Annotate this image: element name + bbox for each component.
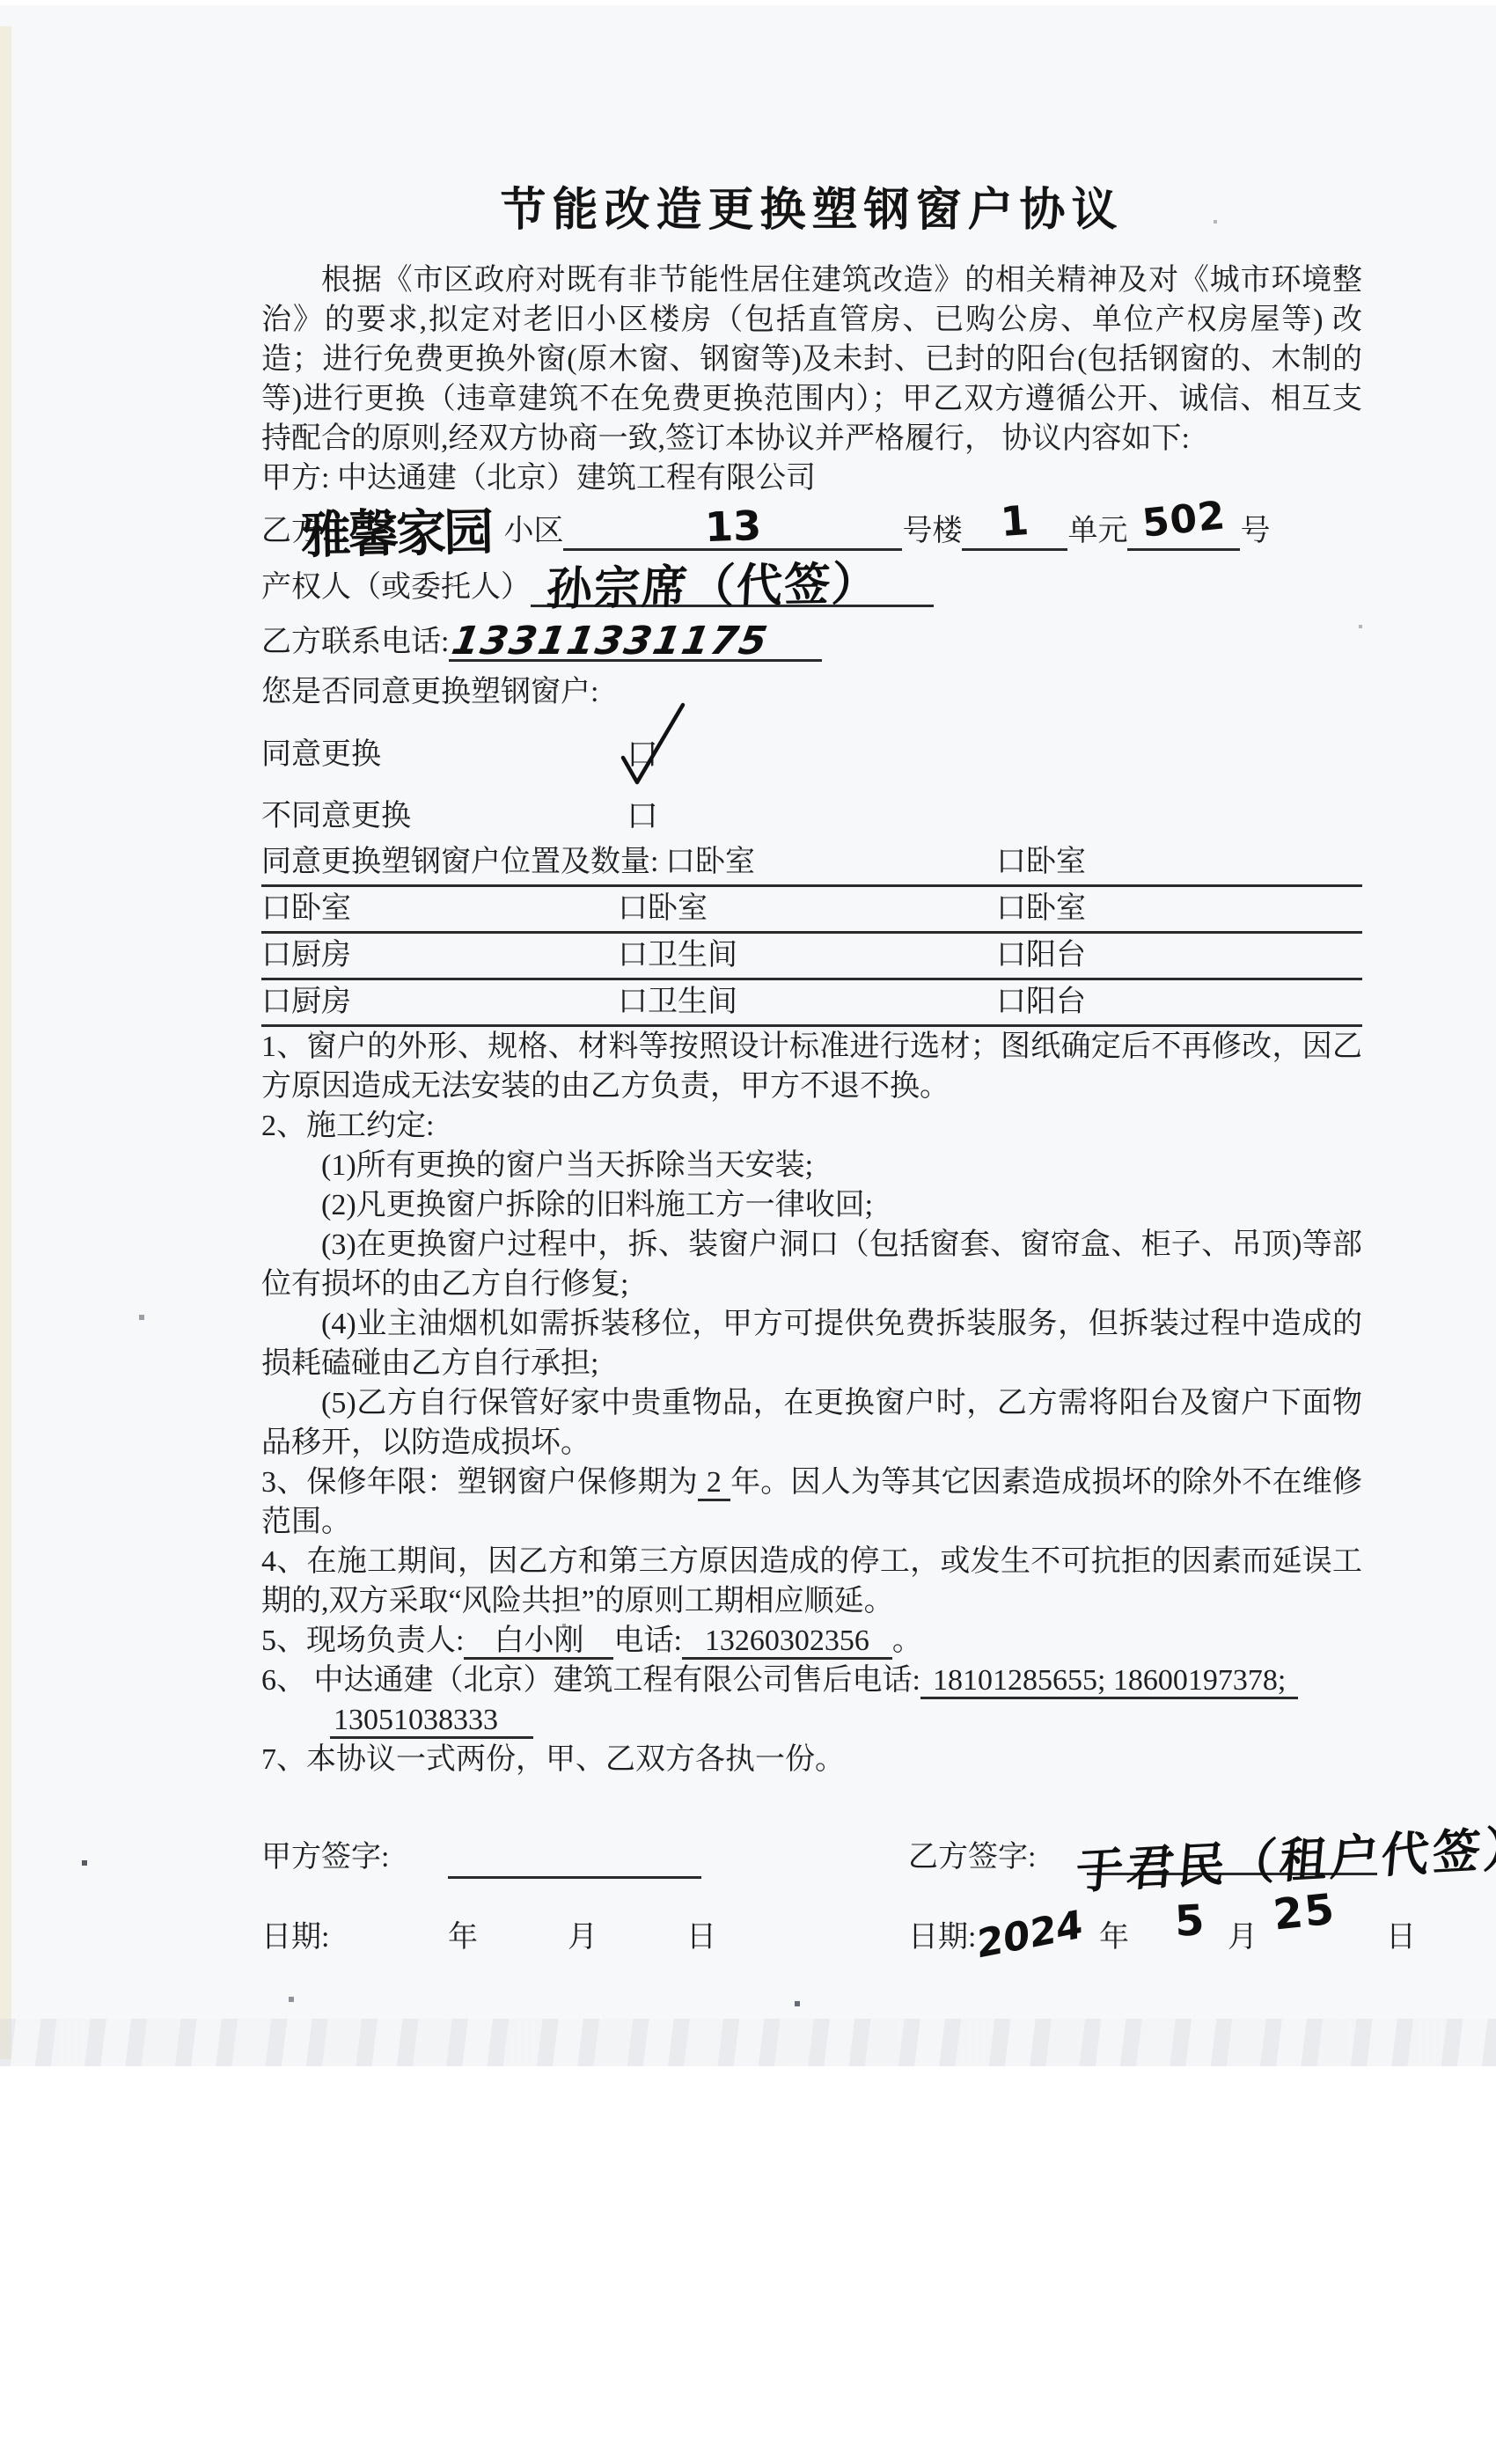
- location-item: 口厨房: [261, 982, 351, 1022]
- disagree-option-row: 不同意更换 口: [261, 796, 1362, 840]
- aftersales-phones-1: 18101285655; 18600197378;: [920, 1664, 1298, 1699]
- locations-row1-label: 同意更换塑钢窗户位置及数量:: [261, 842, 658, 882]
- party-b-date-label: 日期:: [908, 1918, 976, 1957]
- agree-question: 您是否同意更换塑钢窗户:: [261, 672, 1362, 712]
- phone-underline: 13311331175: [449, 605, 822, 662]
- term-6-line2: 13051038333: [261, 1700, 1362, 1740]
- handwritten-room-no: 502: [1140, 496, 1228, 544]
- locations-row-4: 口厨房 口卫生间 口阳台: [261, 980, 1362, 1027]
- paper-bottom-scan-edge: [0, 2019, 1496, 2066]
- location-checkbox: 口: [618, 939, 648, 972]
- community-suffix: 小区: [503, 511, 563, 551]
- aftersales-phones-2: 13051038333: [330, 1704, 533, 1739]
- term-2-1: (1)所有更换的窗户当天拆除当天安装;: [261, 1146, 1362, 1185]
- location-item: 口阳台: [996, 982, 1086, 1022]
- unit-label: 单元: [1067, 511, 1127, 551]
- scanned-paper: 节能改造更换塑钢窗户协议 根据《市区政府对既有非节能性居住建筑改造》的相关精神及…: [0, 5, 1496, 2066]
- unit-no-underline: 1: [962, 497, 1067, 551]
- term-1: 1、窗户的外形、规格、材料等按照设计标准进行选材；图纸确定后不再修改，因乙方原因…: [261, 1027, 1362, 1106]
- disagree-option-label: 不同意更换: [261, 796, 411, 836]
- handwritten-check-mark: [616, 700, 692, 791]
- owner-label: 产权人（或委托人）: [261, 568, 531, 607]
- handwritten-community-name: 雅馨家园: [301, 508, 492, 561]
- term-3: 3、保修年限：塑钢窗户保修期为2年。因人为等其它因素造成损坏的除外不在维修范围。: [261, 1463, 1362, 1542]
- handwritten-day: 25: [1272, 1888, 1338, 1936]
- location-checkbox: 口: [261, 986, 291, 1018]
- party-a-signature-underline: [448, 1876, 701, 1879]
- location-item: 口卧室: [996, 842, 1086, 882]
- party-b-signature-label: 乙方签字:: [908, 1837, 1036, 1877]
- location-item: 口阳台: [996, 935, 1086, 975]
- term-7: 7、本协议一式两份，甲、乙双方各执一份。: [261, 1740, 1362, 1779]
- handwritten-party-b-signature: 于君民（租户代签）: [1074, 1824, 1496, 1896]
- date-row: 日期: 年 月 日 日期: 2024 年 5 月 25 日: [261, 1902, 1362, 1976]
- locations-row-1: 同意更换塑钢窗户位置及数量: 口卧室 口卧室: [261, 840, 1362, 887]
- agree-option-label: 同意更换: [261, 735, 381, 774]
- building-label: 号楼: [902, 511, 962, 551]
- party-a-line: 甲方: 中达通建（北京）建筑工程有限公司: [261, 458, 1362, 498]
- handwritten-unit-no: 1: [1000, 500, 1030, 542]
- party-b-month-suffix: 月: [1228, 1918, 1258, 1957]
- party-a-signature-label: 甲方签字:: [261, 1837, 389, 1877]
- location-checkbox: 口: [996, 986, 1026, 1018]
- building-no-underline: 13: [563, 497, 902, 551]
- site-manager-name: 白小刚: [464, 1624, 613, 1660]
- party-a-day-suffix: 日: [686, 1918, 716, 1957]
- location-item: 口卧室: [261, 889, 351, 928]
- site-manager-phone: 13260302356: [682, 1624, 892, 1660]
- party-b-year-suffix: 年: [1099, 1918, 1129, 1957]
- location-checkbox: 口: [665, 846, 695, 878]
- handwritten-year: 2024: [977, 1905, 1083, 1965]
- terms-section: 1、窗户的外形、规格、材料等按照设计标准进行选材；图纸确定后不再修改，因乙方原因…: [261, 1027, 1362, 1779]
- term-2-2: (2)凡更换窗户拆除的旧料施工方一律收回;: [261, 1185, 1362, 1225]
- locations-row-3: 口厨房 口卫生间 口阳台: [261, 934, 1362, 980]
- term-6: 6、 中达通建（北京）建筑工程有限公司售后电话:18101285655; 186…: [261, 1661, 1362, 1700]
- document-content: 节能改造更换塑钢窗户协议 根据《市区政府对既有非节能性居住建筑改造》的相关精神及…: [261, 5, 1362, 1976]
- party-a-month-suffix: 月: [568, 1918, 598, 1957]
- paper-left-edge: [0, 26, 11, 2059]
- handwritten-building-no: 13: [704, 505, 762, 547]
- location-item: 口厨房: [261, 935, 351, 975]
- location-item: 口卧室: [996, 889, 1086, 928]
- location-checkbox: 口: [618, 892, 648, 925]
- term-4: 4、在施工期间，因乙方和第三方原因造成的停工，或发生不可抗拒的因素而延误工期的,…: [261, 1542, 1362, 1621]
- warranty-years: 2: [698, 1466, 730, 1501]
- phone-label: 乙方联系电话:: [261, 622, 449, 662]
- handwritten-month: 5: [1174, 1899, 1206, 1943]
- location-checkbox: 口: [618, 986, 648, 1018]
- location-item: 口卧室: [665, 842, 755, 882]
- intro-paragraph: 根据《市区政府对既有非节能性居住建筑改造》的相关精神及对《城市环境整治》的要求,…: [261, 260, 1362, 458]
- term-2: 2、施工约定:: [261, 1106, 1362, 1146]
- location-checkbox: 口: [996, 939, 1026, 972]
- party-b-row: 乙方: 雅馨家园 小区 13 号楼 1 单元 502 号: [261, 500, 1362, 551]
- handwritten-phone-number: 13311331175: [450, 622, 773, 661]
- location-checkbox: 口: [996, 846, 1026, 878]
- owner-underline: 孙宗席（代签）: [531, 548, 934, 607]
- locations-row-2: 口卧室 口卧室 口卧室: [261, 887, 1362, 934]
- location-checkbox: 口: [996, 892, 1026, 925]
- location-checkbox: 口: [261, 939, 291, 972]
- location-item: 口卫生间: [618, 982, 737, 1022]
- scan-speckles: [0, 5, 2, 7]
- disagree-checkbox: 口: [627, 796, 658, 835]
- term-2-4: (4)业主油烟机如需拆装移位，甲方可提供免费拆装服务，但拆装过程中造成的损耗磕碰…: [261, 1304, 1362, 1383]
- signature-row: 甲方签字: 乙方签字: 于君民（租户代签）: [261, 1811, 1362, 1895]
- room-no-underline: 502: [1127, 497, 1240, 551]
- term-5: 5、现场负责人:白小刚电话:13260302356。: [261, 1621, 1362, 1661]
- party-a-date-label: 日期:: [261, 1918, 329, 1957]
- phone-row: 乙方联系电话: 13311331175: [261, 607, 1362, 662]
- location-checkbox: 口: [261, 892, 291, 925]
- document-title: 节能改造更换塑钢窗户协议: [261, 183, 1362, 238]
- location-item: 口卫生间: [618, 935, 737, 975]
- party-b-day-suffix: 日: [1386, 1918, 1416, 1957]
- agree-option-row: 同意更换 口: [261, 735, 1362, 779]
- term-2-5: (5)乙方自行保管好家中贵重物品，在更换窗户时，乙方需将阳台及窗户下面物品移开，…: [261, 1383, 1362, 1463]
- party-a-year-suffix: 年: [448, 1918, 478, 1957]
- location-item: 口卧室: [618, 889, 708, 928]
- term-2-3: (3)在更换窗户过程中，拆、装窗户洞口（包括窗套、窗帘盒、柜子、吊顶)等部位有损…: [261, 1225, 1362, 1304]
- room-label: 号: [1240, 511, 1270, 551]
